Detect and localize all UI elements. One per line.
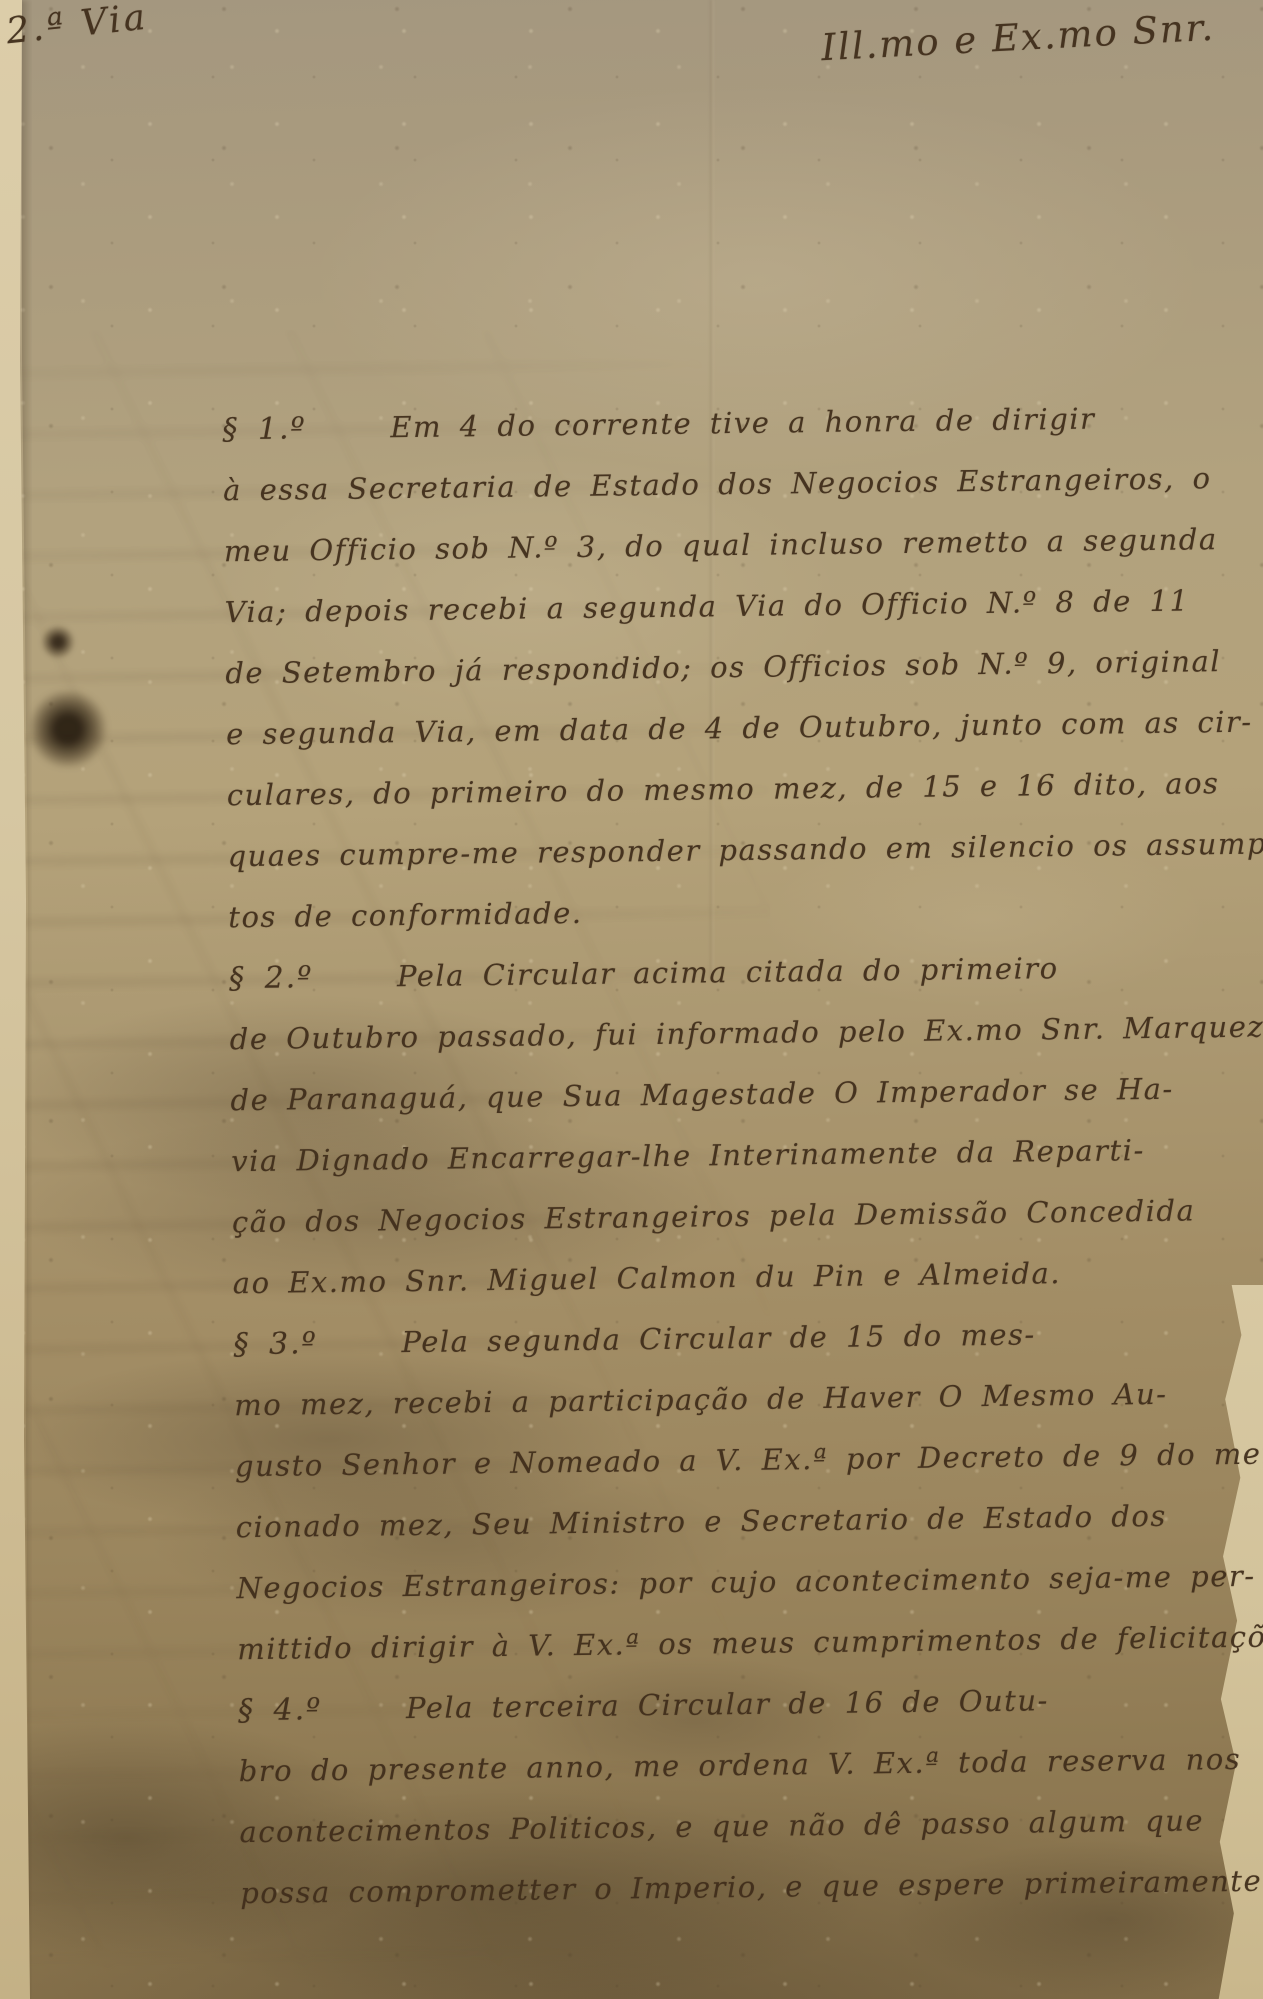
salutation: Ill.mo e Ex.mo Snr.: [820, 6, 1216, 70]
line-text: acontecimentos Politicos, e que não dê p…: [239, 1803, 1204, 1849]
manuscript-line: mittido dirigir à V. Ex.ª os meus cumpri…: [237, 1606, 1263, 1680]
section-label: § 2.º: [229, 946, 398, 1009]
line-text: via Dignado Encarregar-lhe Interinamente…: [231, 1133, 1145, 1178]
line-text: à essa Secretaria de Estado dos Negocios…: [223, 461, 1212, 507]
line-text: de Paranaguá, que Sua Magestade O Impera…: [230, 1072, 1174, 1118]
section-label: § 3.º: [233, 1312, 402, 1375]
line-text: culares, do primeiro do mesmo mez, de 15…: [227, 766, 1220, 812]
paragraph: § 1.ºEm 4 do corrente tive a honra de di…: [222, 387, 1263, 949]
line-text: tos de conformidade.: [228, 896, 583, 934]
paragraph: § 2.ºPela Circular acima citada do prime…: [229, 936, 1263, 1315]
line-text: ção dos Negocios Estrangeiros pela Demis…: [232, 1193, 1196, 1239]
paragraph: § 4.ºPela terceira Circular de 16 de Out…: [238, 1667, 1263, 1924]
copy-mark: 2.ª Via: [4, 0, 150, 52]
line-text: mittido dirigir à V. Ex.ª os meus cumpri…: [237, 1619, 1263, 1666]
line-text: Pela terceira Circular de 16 de Outu-: [406, 1683, 1049, 1725]
manuscript-line: quaes cumpre-me responder passando em si…: [227, 814, 1263, 888]
line-text: gusto Senhor e Nomeado a V. Ex.ª por Dec…: [235, 1436, 1263, 1483]
manuscript-line: ção dos Negocios Estrangeiros pela Demis…: [232, 1180, 1263, 1254]
line-text: Pela Circular acima citada do primeiro: [397, 951, 1059, 993]
line-text: de Outubro passado, fui informado pelo E…: [230, 1010, 1263, 1057]
line-text: quaes cumpre-me responder passando em si…: [227, 826, 1263, 873]
line-text: mo mez, recebi a participação de Haver O…: [234, 1377, 1168, 1422]
line-text: bro do presente anno, me ordena V. Ex.ª …: [239, 1742, 1242, 1788]
section-label: § 4.º: [238, 1678, 407, 1741]
line-text: e segunda Via, em data de 4 de Outubro, …: [226, 705, 1253, 752]
paragraph: § 3.ºPela segunda Circular de 15 do mes-…: [233, 1302, 1263, 1681]
line-text: Pela segunda Circular de 15 do mes-: [401, 1317, 1036, 1359]
line-text: de Setembro já respondido; os Officios s…: [225, 644, 1221, 690]
line-text: Negocios Estrangeiros: por cujo aconteci…: [236, 1559, 1255, 1605]
manuscript-line: possa comprometter o Imperio, e que espe…: [240, 1850, 1263, 1924]
section-label: § 1.º: [222, 397, 391, 460]
letter-body: § 1.ºEm 4 do corrente tive a honra de di…: [0, 387, 1263, 1927]
line-text: possa comprometter o Imperio, e que espe…: [240, 1864, 1262, 1910]
line-text: Via; depois recebi a segunda Via do Offi…: [224, 583, 1189, 629]
manuscript-page: 2.ª Via Ill.mo e Ex.mo Snr. § 1.ºEm 4 do…: [0, 0, 1263, 1999]
line-text: Em 4 do corrente tive a honra de dirigir: [390, 402, 1095, 445]
line-text: ao Ex.mo Snr. Miguel Calmon du Pin e Alm…: [233, 1256, 1062, 1300]
line-text: meu Officio sob N.º 3, do qual incluso r…: [224, 522, 1218, 568]
line-text: cionado mez, Seu Ministro e Secretario d…: [236, 1499, 1167, 1544]
